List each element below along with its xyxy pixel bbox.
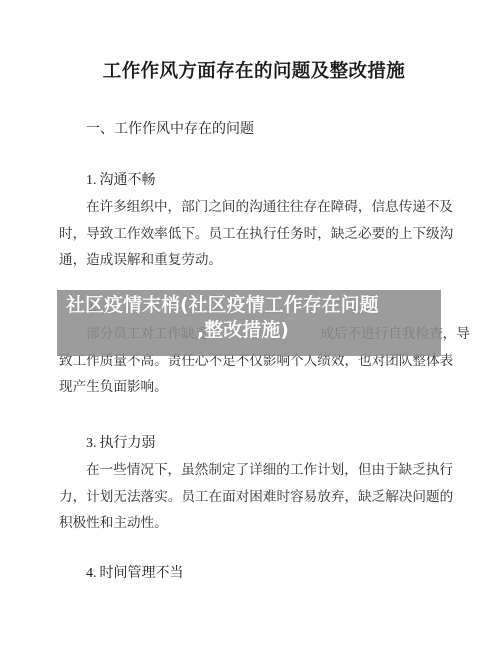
banner-title-line-1: 社区疫情末梢(社区疫情工作存在问题	[66, 294, 379, 317]
item-paragraph-1: 在许多组织中，部门之间的沟通往往存在障碍，信息传递不及 时，导致工作效率低下。员…	[59, 194, 441, 274]
item-title: 沟通不畅	[100, 172, 156, 188]
banner-title-line-2: ,整改措施)	[197, 319, 289, 342]
item-paragraph-3: 在一些情况下，虽然制定了详细的工作计划，但由于缺乏执行 力，计划无法落实。员工在…	[59, 457, 441, 537]
paragraph-line: 通，造成误解和重复劳动。	[59, 247, 441, 274]
item-heading-3: 3.执行力弱	[86, 434, 156, 453]
overlay-banner-title: 社区疫情末梢(社区疫情工作存在问题 ,整改措施)	[57, 290, 441, 356]
paragraph-line: 现产生负面影响。	[59, 374, 441, 401]
item-number: 1.	[86, 173, 97, 188]
paragraph-line: 在一些情况下，虽然制定了详细的工作计划，但由于缺乏执行	[59, 457, 441, 484]
item-heading-1: 1.沟通不畅	[86, 171, 156, 190]
document-page: 工作作风方面存在的问题及整改措施 一、工作作风中存在的问题 1.沟通不畅 在许多…	[0, 0, 500, 647]
paragraph-line: 在许多组织中，部门之间的沟通往往存在障碍，信息传递不及	[59, 194, 441, 221]
item-number: 3.	[86, 436, 97, 451]
item-heading-4: 4.时间管理不当	[86, 564, 184, 583]
item-title: 执行力弱	[100, 435, 156, 451]
item-number: 4.	[86, 566, 97, 581]
paragraph-line: 力，计划无法落实。员工在面对困难时容易放弃，缺乏解决问题的	[59, 484, 441, 511]
document-title: 工作作风方面存在的问题及整改措施	[0, 61, 500, 83]
section-heading: 一、工作作风中存在的问题	[86, 120, 254, 138]
item-title: 时间管理不当	[100, 565, 184, 581]
paragraph-line: 积极性和主动性。	[59, 510, 441, 537]
paragraph-line: 时，导致工作效率低下。员工在执行任务时，缺乏必要的上下级沟	[59, 221, 441, 248]
